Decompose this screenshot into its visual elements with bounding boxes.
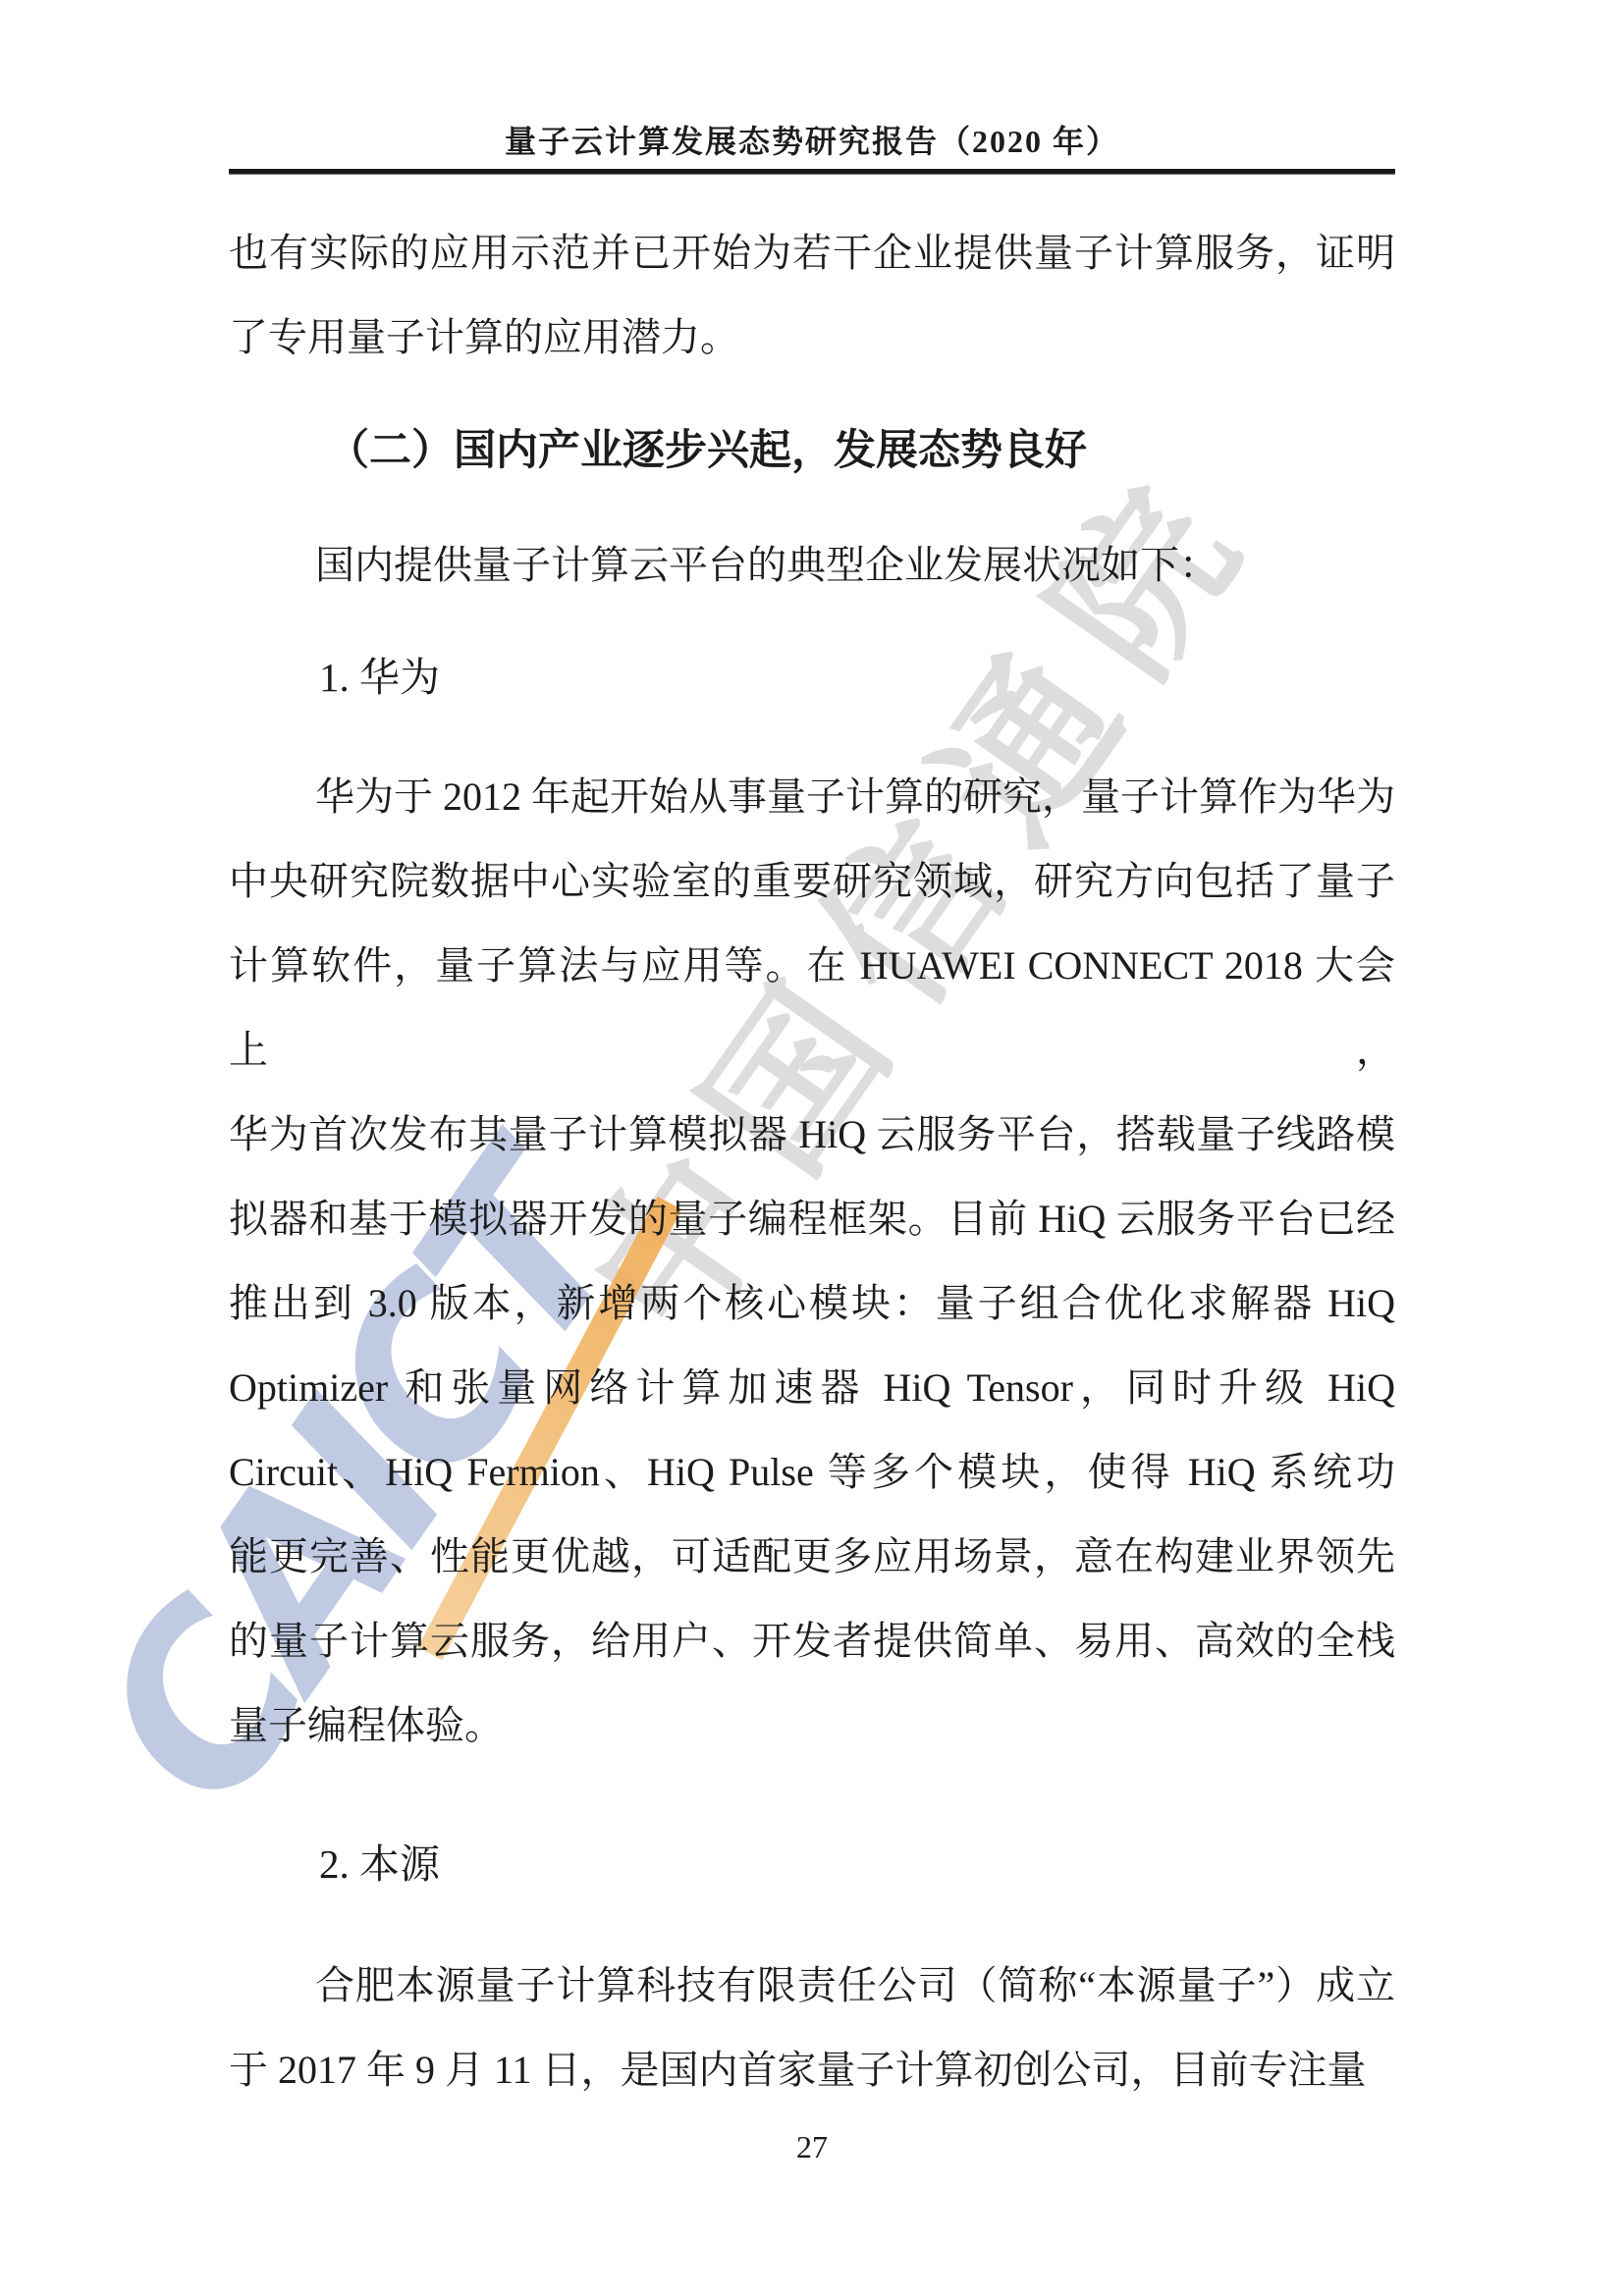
text-line: 国内提供量子计算云平台的典型企业发展状况如下： [229, 523, 1395, 608]
text-line: Circuit、HiQ Fermion、HiQ Pulse 等多个模块，使得 H… [229, 1430, 1395, 1515]
text-line: 能更完善、性能更优越，可适配更多应用场景，意在构建业界领先 [229, 1515, 1395, 1599]
sub-heading-huawei: 1. 华为 [229, 635, 1395, 720]
text-line: 也有实际的应用示范并已开始为若干企业提供量子计算服务，证明 [229, 211, 1395, 295]
sub-heading-benyuan: 2. 本源 [229, 1822, 1395, 1906]
text-line: 推出到 3.0 版本，新增两个核心模块：量子组合优化求解器 HiQ [229, 1261, 1395, 1346]
lead-paragraph: 国内提供量子计算云平台的典型企业发展状况如下： [229, 523, 1395, 608]
text-line: 于 2017 年 9 月 11 日，是国内首家量子计算初创公司，目前专注量 [229, 2028, 1395, 2112]
running-header-title: 量子云计算发展态势研究报告（2020 年） [0, 120, 1624, 163]
text-line: 华为于 2012 年起开始从事量子计算的研究，量子计算作为华为 [229, 755, 1395, 839]
huawei-paragraph: 华为于 2012 年起开始从事量子计算的研究，量子计算作为华为 中央研究院数据中… [229, 755, 1395, 1768]
text-line: 的量子计算云服务，给用户、开发者提供简单、易用、高效的全栈 [229, 1599, 1395, 1683]
page-number: 27 [0, 2112, 1624, 2181]
text-line: 合肥本源量子计算科技有限责任公司（简称“本源量子”）成立 [229, 1944, 1395, 2028]
text-line: 中央研究院数据中心实验室的重要研究领域，研究方向包括了量子 [229, 839, 1395, 924]
section-heading: （二）国内产业逐步兴起，发展态势良好 [229, 409, 1395, 494]
header-rule [229, 169, 1395, 175]
text-line: 了专用量子计算的应用潜力。 [229, 295, 1395, 380]
document-page: 中国信通院 CAICT 量子云计算发展态势研究报告（2020 年） 也有实际的应… [0, 0, 1624, 2296]
text-line: 计算软件，量子算法与应用等。在 HUAWEI CONNECT 2018 大会上， [229, 924, 1395, 1093]
intro-paragraph: 也有实际的应用示范并已开始为若干企业提供量子计算服务，证明 了专用量子计算的应用… [229, 211, 1395, 380]
text-line: 华为首次发布其量子计算模拟器 HiQ 云服务平台，搭载量子线路模 [229, 1093, 1395, 1177]
text-line: 量子编程体验。 [229, 1683, 1395, 1768]
benyuan-paragraph: 合肥本源量子计算科技有限责任公司（简称“本源量子”）成立 于 2017 年 9 … [229, 1944, 1395, 2112]
text-line: 拟器和基于模拟器开发的量子编程框架。目前 HiQ 云服务平台已经 [229, 1177, 1395, 1261]
page-body: 也有实际的应用示范并已开始为若干企业提供量子计算服务，证明 了专用量子计算的应用… [229, 211, 1395, 2112]
text-line: Optimizer 和张量网络计算加速器 HiQ Tensor，同时升级 HiQ [229, 1346, 1395, 1430]
